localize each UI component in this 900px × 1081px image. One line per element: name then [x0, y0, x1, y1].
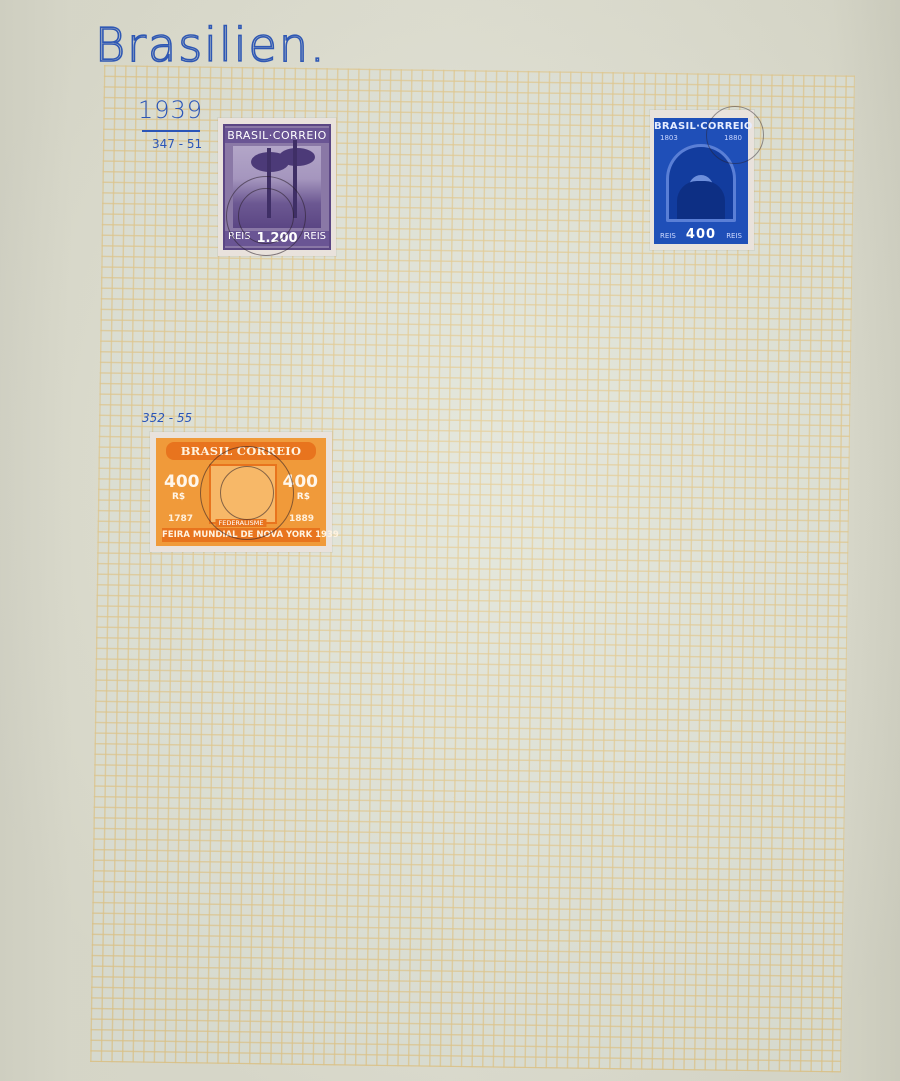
denomination: 400 [686, 227, 716, 242]
year-left: 1803 [660, 134, 678, 142]
portrait-body [677, 181, 725, 219]
stamp-portrait-blue[interactable]: BRASIL·CORREIO 1803 1880 REIS 400 REIS [650, 110, 754, 250]
catalog-range-2: 352 - 55 [142, 412, 192, 424]
currency-right: REIS [303, 231, 326, 246]
section-year: 1939 [138, 98, 203, 122]
postmark-inner [220, 466, 274, 520]
denomination-left: 400 [164, 472, 200, 492]
stamp-country-label: BRASIL·CORREIO [225, 128, 329, 143]
postmark-inner [238, 188, 294, 244]
catalog-range-1: 347 - 51 [152, 138, 202, 150]
currency-right: R$ [297, 492, 310, 502]
page-title: Brasilien. [95, 22, 327, 68]
currency-left: REIS [660, 232, 676, 240]
stamp-world-fair[interactable]: BRASIL CORREIO 400 400 R$ R$ 1787 1889 F… [150, 432, 332, 552]
stamp-value-row: REIS 400 REIS [654, 227, 748, 242]
year-left: 1787 [168, 514, 193, 524]
stamp-palm-trees[interactable]: BRASIL·CORREIO REIS 1.200 REIS [218, 118, 336, 256]
currency-left: R$ [172, 492, 185, 502]
palm-crown [279, 148, 315, 166]
year-right: 1889 [289, 514, 314, 524]
postmark [706, 106, 764, 164]
currency-right: REIS [726, 232, 742, 240]
year-underline [142, 130, 200, 132]
